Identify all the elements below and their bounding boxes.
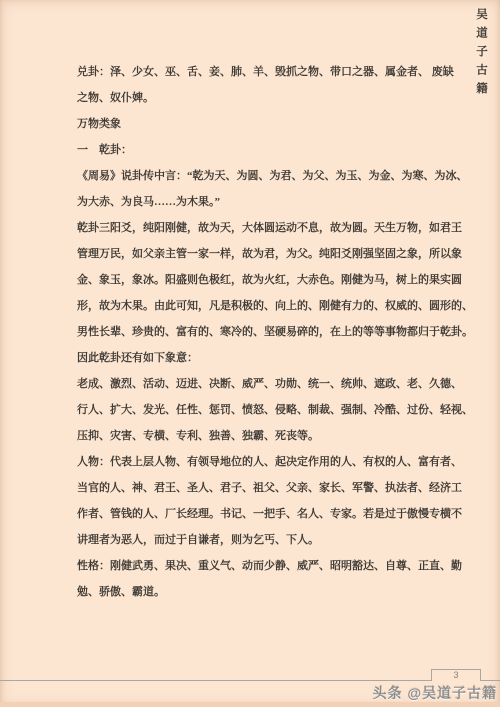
text-line: 讲理者为恶人，而过于自谦者，则为乞丐、下人。	[77, 527, 463, 553]
text-line: 管理万民，如父亲主管一家一样，故为君，为父。纯阳爻刚强坚固之象，所以象	[77, 241, 463, 267]
text-line: 人物：代表上层人物、有领导地位的人、起决定作用的人、有权的人、富有者、	[77, 449, 463, 475]
document-body: 兑卦：泽、少女、巫、舌、妾、肺、羊、毁抓之物、带口之器、属金者、 废缺之物、奴仆…	[77, 59, 463, 605]
page-bottom-edge	[0, 702, 500, 707]
text-line: 万物类象	[77, 111, 463, 137]
text-line: 性格：刚健武勇、果决、重义气、动而少静、威严、昭明豁达、自尊、正直、勤	[77, 553, 463, 579]
text-line: 因此乾卦还有如下象意：	[77, 345, 463, 371]
text-line: 兑卦：泽、少女、巫、舌、妾、肺、羊、毁抓之物、带口之器、属金者、 废缺	[77, 59, 463, 85]
text-line: 形，故为木果。由此可知，凡是积极的、向上的、刚健有力的、权威的、圆形的、	[77, 293, 463, 319]
text-line: 之物、奴仆婢。	[77, 85, 463, 111]
text-line: 行人、扩大、发光、任性、惩罚、愤怒、侵略、制裁、强制、冷酷、过份、轻视、	[77, 397, 463, 423]
side-vertical-title: 吴道子古籍	[473, 8, 489, 101]
text-line: 作者、管钱的人、厂长经理。书记、一把手、名人、专家。若是过于傲慢专横不	[77, 501, 463, 527]
text-line: 男性长辈、珍贵的、富有的、寒冷的、坚硬易碎的，在上的等等事物都归于乾卦。	[77, 319, 463, 345]
text-line: 《周易》说卦传中言：“乾为天、为圆、为君、为父、为玉、为金、为寒、为冰、	[77, 163, 463, 189]
text-line: 为大赤、为良马……为木果。”	[77, 189, 463, 215]
page-bottom-rule	[0, 680, 500, 681]
text-line: 勉、骄傲、霸道。	[77, 579, 463, 605]
text-line: 老成、激烈、活动、迈进、决断、威严、功勋、统一、统帅、遮政、老、久德、	[77, 371, 463, 397]
book-page: 吴道子古籍 兑卦：泽、少女、巫、舌、妾、肺、羊、毁抓之物、带口之器、属金者、 废…	[0, 0, 500, 707]
toutiao-watermark: 头条 @吴道子古籍	[372, 683, 497, 703]
page-number-tab[interactable]: 3	[431, 669, 481, 681]
text-line: 乾卦三阳爻，纯阳刚健，故为天，大体圆运动不息，故为圆。天生万物，如君王	[77, 215, 463, 241]
text-line: 当官的人、神、君王、圣人、君子、祖父、父亲、家长、军警、执法者、经济工	[77, 475, 463, 501]
text-line: 压抑、灾害、专横、专利、独善、独霸、死丧等。	[77, 423, 463, 449]
text-line: 一 乾卦：	[77, 137, 463, 163]
text-line: 金、象玉，象冰。阳盛则色极红，故为火红，大赤色。刚健为马，树上的果实圆	[77, 267, 463, 293]
